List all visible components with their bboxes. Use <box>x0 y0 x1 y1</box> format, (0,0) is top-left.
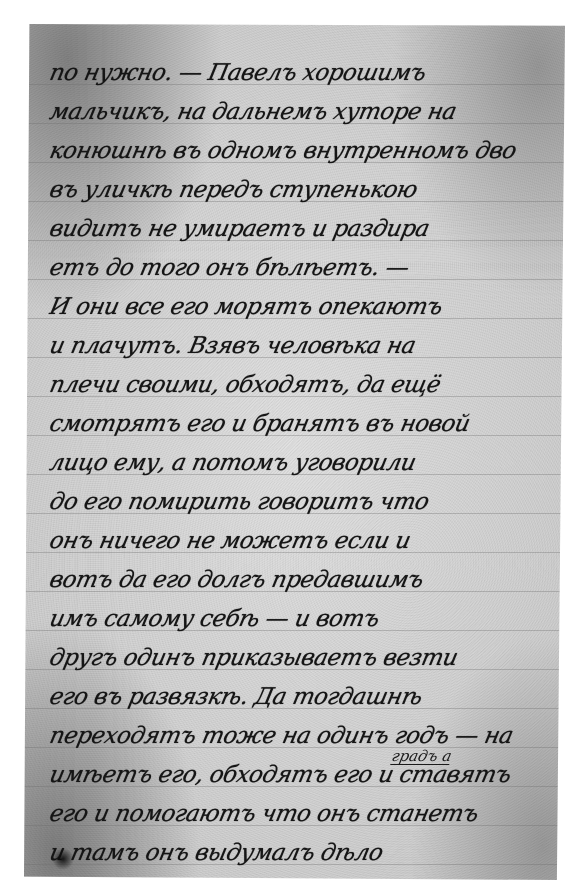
text-line: видитъ не умираетъ и раздира <box>47 216 553 242</box>
text-line: конюшнѣ въ одномъ внутренномъ дво <box>47 138 553 164</box>
text-line: его въ развязкѣ. Да тогдашнѣ <box>47 684 553 710</box>
text-line: другъ одинъ приказываетъ везти <box>47 645 553 671</box>
text-line: смотрятъ его и бранятъ въ новой <box>47 411 553 437</box>
text-line: и плачутъ. Взявъ человѣка на <box>47 333 553 359</box>
interlinear-insert: градъ а <box>390 748 453 765</box>
text-line: въ уличкѣ передъ ступенькою <box>47 177 553 203</box>
text-line: его и помогаютъ что онъ станетъ <box>47 801 553 827</box>
text-line: И они все его морятъ опекаютъ <box>47 294 553 320</box>
text-line: плечи своими, обходятъ, да ещё <box>47 372 553 398</box>
ink-smudge <box>52 848 74 870</box>
text-line: лицо ему, а потомъ уговорили <box>47 450 553 476</box>
manuscript-page: по нужно. — Павелъ хорошимъ мальчикъ, на… <box>24 24 565 880</box>
text-line: и тамъ онъ выдумалъ дѣло <box>47 840 553 866</box>
text-line: переходятъ тоже на одинъ годъ — на <box>47 723 553 749</box>
text-line: имъ самому себѣ — и вотъ <box>47 606 553 632</box>
text-line: мальчикъ, на дальнемъ хуторе на <box>47 99 553 125</box>
text-line: до его помирить говоритъ что <box>47 489 553 515</box>
text-line: имѣетъ его, обходятъ его и ставятъ <box>47 762 553 788</box>
text-line: по нужно. — Павелъ хорошимъ <box>47 60 553 86</box>
text-line: онъ ничего не можетъ если и <box>47 528 553 554</box>
text-line: етъ до того онъ бѣлѣетъ. — <box>47 255 553 281</box>
text-line: вотъ да его долгъ предавшимъ <box>47 567 553 593</box>
